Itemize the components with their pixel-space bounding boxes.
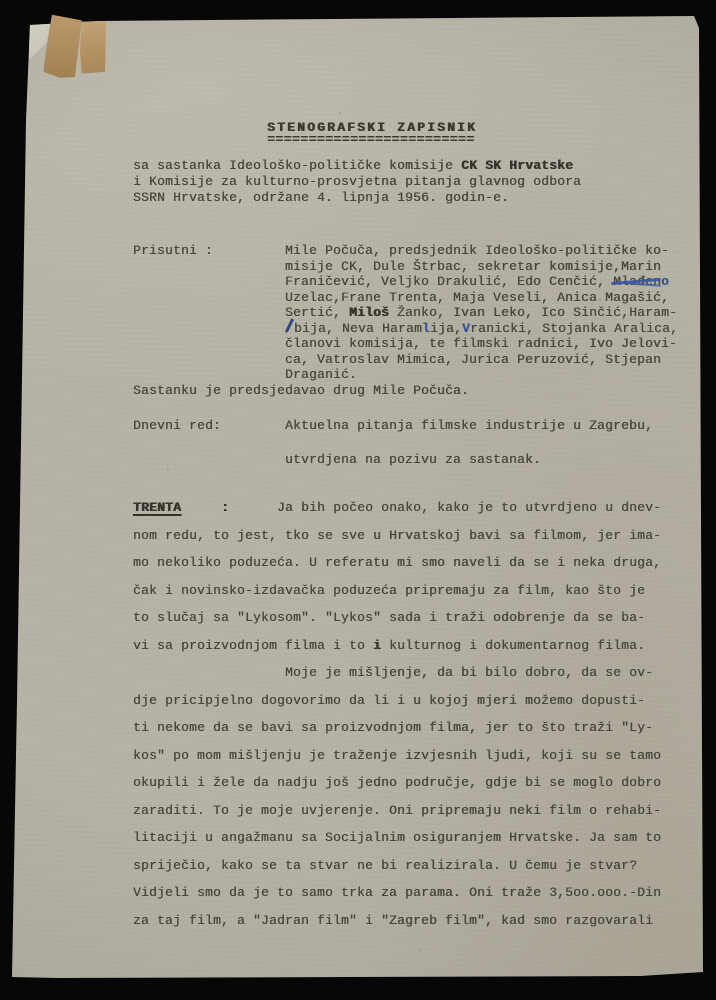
- text-line: SSRN Hrvatske, održane 4. lipnja 1956. g…: [133, 190, 581, 206]
- text-segment: spriječio, kako se ta stvar ne bi realiz…: [133, 858, 637, 873]
- text-segment-b: i: [373, 638, 381, 653]
- text-line: Aktuelna pitanja filmske industrije u Za…: [285, 418, 653, 434]
- text-segment: okupili i žele da nadju još jedno područ…: [133, 775, 661, 790]
- text-segment-blue: V: [462, 321, 470, 336]
- text-line: mo nekoliko poduzeća. U referatu mi smo …: [133, 555, 661, 571]
- text-line: Franičević, Veljko Drakulić, Edo Cenčić,…: [285, 274, 678, 290]
- text-line: ti nekome da se bavi sa proizvodnjom fil…: [133, 720, 661, 736]
- paper-sheet: STENOGRAFSKI ZAPISNIK ==================…: [0, 0, 716, 1000]
- document-scan: STENOGRAFSKI ZAPISNIK ==================…: [0, 0, 716, 1000]
- text-line: bija, Neva Haramlija,Vranicki, Stojanka …: [285, 321, 678, 337]
- text-segment: Uzelac,Frane Trenta, Maja Veseli, Anica …: [285, 290, 669, 305]
- text-line: TRENTA : Ja bih počeo onako, kako je to …: [133, 500, 661, 516]
- text-segment: nom redu, to jest, tko se sve u Hrvatsko…: [133, 528, 661, 543]
- text-line: spriječio, kako se ta stvar ne bi realiz…: [133, 858, 661, 874]
- text-segment: [181, 500, 221, 515]
- text-segment: vi sa proizvodnjom filma i to: [133, 638, 373, 653]
- chair-line: Sastanku je predsjedavao drug Mile Počuč…: [133, 383, 469, 398]
- text-segment: Sertić,: [285, 305, 349, 320]
- agenda-label: Dnevni red:: [133, 418, 221, 433]
- text-line: vi sa proizvodnjom filma i to i kulturno…: [133, 638, 661, 654]
- intro-paragraph: sa sastanka Ideološko-političke komisije…: [133, 158, 581, 206]
- text-segment: misije CK, Dule Štrbac, sekretar komisij…: [285, 259, 661, 274]
- text-segment: sa sastanka Ideološko-političke komisije: [133, 158, 461, 173]
- text-segment: dje pricipjelno dogovorimo da li i u koj…: [133, 693, 645, 708]
- text-segment-blue: l: [422, 321, 430, 336]
- scan-background: { "doc": { "title": "STENOGRAFSKI ZAPISN…: [0, 0, 716, 1000]
- text-line: sa sastanka Ideološko-političke komisije…: [133, 158, 581, 174]
- text-line: Uzelac,Frane Trenta, Maja Veseli, Anica …: [285, 290, 678, 306]
- text-segment: utvrdjena na pozivu za sastanak.: [285, 452, 541, 467]
- text-line: okupili i žele da nadju još jedno područ…: [133, 775, 661, 791]
- text-segment: Aktuelna pitanja filmske industrije u Za…: [285, 418, 653, 433]
- text-segment: ranicki, Stojanka Aralica,: [470, 321, 678, 336]
- text-segment-b: CK SK Hrvatske: [461, 158, 573, 173]
- text-segment: i Komisije za kulturno-prosvjetna pitanj…: [133, 174, 581, 189]
- text-segment: kos" po mom mišljenju je traženje izvjes…: [133, 748, 661, 763]
- text-segment: bija, Neva Haram: [294, 321, 422, 336]
- text-line: Vidjeli smo da je to samo trka za parama…: [133, 885, 661, 901]
- text-segment: čak i novinsko-izdavačka poduzeća pripre…: [133, 583, 645, 598]
- text-line: Mile Počuča, predsjednik Ideološko-polit…: [285, 243, 678, 259]
- text-line: litaciji u angažmanu sa Socijalnim osigu…: [133, 830, 661, 846]
- text-segment: mo nekoliko poduzeća. U referatu mi smo …: [133, 555, 661, 570]
- text-segment: litaciji u angažmanu sa Socijalnim osigu…: [133, 830, 661, 845]
- attendees-label: Prisutni :: [133, 243, 213, 258]
- tape-piece-right: [79, 21, 107, 75]
- text-line: kos" po mom mišljenju je traženje izvjes…: [133, 748, 661, 764]
- text-line: ca, Vatroslav Mimica, Jurica Peruzović, …: [285, 352, 678, 368]
- text-line: članovi komisija, te filmski radnici, Iv…: [285, 336, 678, 352]
- text-segment: Mile Počuča, predsjednik Ideološko-polit…: [285, 243, 669, 258]
- text-segment: to slučaj sa "Lykosom". "Lykos" sada i t…: [133, 610, 645, 625]
- text-segment-struck: Mlađen: [613, 274, 661, 290]
- text-segment: ca, Vatroslav Mimica, Jurica Peruzović, …: [285, 352, 661, 367]
- text-segment-b: :: [221, 500, 229, 515]
- text-segment: ija,: [430, 321, 462, 336]
- text-line: i Komisije za kulturno-prosvjetna pitanj…: [133, 174, 581, 190]
- text-segment: za taj film, a "Jadran film" i "Zagreb f…: [133, 913, 653, 928]
- agenda-lines: Aktuelna pitanja filmske industrije u Za…: [285, 418, 653, 486]
- doc-title-underline: =========================: [267, 132, 475, 147]
- text-line: utvrdjena na pozivu za sastanak.: [285, 452, 653, 468]
- text-line: za taj film, a "Jadran film" i "Zagreb f…: [133, 913, 661, 929]
- text-segment-speaker: TRENTA: [133, 500, 181, 515]
- text-segment: zaraditi. To je moje uvjerenje. Oni prip…: [133, 803, 661, 818]
- text-segment: kulturnog i dokumentarnog filma.: [381, 638, 645, 653]
- text-segment: Ja bih počeo onako, kako je to utvrdjeno…: [229, 500, 661, 515]
- text-segment: Draganić.: [285, 367, 357, 382]
- text-line: to slučaj sa "Lykosom". "Lykos" sada i t…: [133, 610, 661, 626]
- text-line: misije CK, Dule Štrbac, sekretar komisij…: [285, 259, 678, 275]
- text-line: dje pricipjelno dogovorimo da li i u koj…: [133, 693, 661, 709]
- text-line: Draganić.: [285, 367, 678, 383]
- text-line: Sertić, Miloš Žanko, Ivan Leko, Ico Sinč…: [285, 305, 678, 321]
- text-segment: Žanko, Ivan Leko, Ico Sinčić,Haram-: [389, 305, 677, 320]
- text-segment: Moje je mišljenje, da bi bilo dobro, da …: [133, 665, 653, 680]
- text-segment: Franičević, Veljko Drakulić, Edo Cenčić,: [285, 274, 613, 289]
- attendees-list: Mile Počuča, predsjednik Ideološko-polit…: [285, 243, 678, 383]
- text-segment: SSRN Hrvatske, održane 4. lipnja 1956. g…: [133, 190, 509, 205]
- text-segment-b: Miloš: [349, 305, 389, 320]
- text-line: Moje je mišljenje, da bi bilo dobro, da …: [133, 665, 661, 681]
- speech-body: TRENTA : Ja bih počeo onako, kako je to …: [133, 500, 661, 940]
- text-segment: Vidjeli smo da je to samo trka za parama…: [133, 885, 661, 900]
- text-line: zaraditi. To je moje uvjerenje. Oni prip…: [133, 803, 661, 819]
- text-segment-tick: [285, 321, 294, 334]
- text-segment: ti nekome da se bavi sa proizvodnjom fil…: [133, 720, 653, 735]
- text-segment-blue: o: [661, 274, 669, 289]
- text-segment: članovi komisija, te filmski radnici, Iv…: [285, 336, 677, 351]
- text-line: nom redu, to jest, tko se sve u Hrvatsko…: [133, 528, 661, 544]
- text-line: čak i novinsko-izdavačka poduzeća pripre…: [133, 583, 661, 599]
